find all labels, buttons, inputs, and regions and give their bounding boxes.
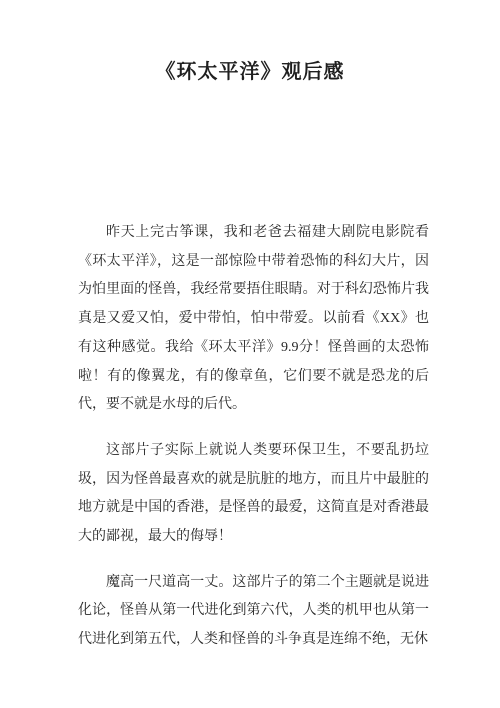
paragraph-1: 昨天上完古筝课，我和老爸去福建大剧院电影院看《环太平洋》，这是一部惊险中带着恐怖… xyxy=(78,219,429,420)
paragraph-3: 魔高一尺道高一丈。这部片子的第二个主题就是说进化论，怪兽从第一代进化到第六代，人… xyxy=(78,569,429,655)
paragraph-2: 这部片子实际上就说人类要环保卫生，不要乱扔垃圾，因为怪兽最喜欢的就是肮脏的地方，… xyxy=(78,437,429,552)
document-page: 《环太平洋》观后感 昨天上完古筝课，我和老爸去福建大剧院电影院看《环太平洋》，这… xyxy=(0,0,500,708)
document-title: 《环太平洋》观后感 xyxy=(0,0,500,84)
document-body: 昨天上完古筝课，我和老爸去福建大剧院电影院看《环太平洋》，这是一部惊险中带着恐怖… xyxy=(78,219,429,672)
